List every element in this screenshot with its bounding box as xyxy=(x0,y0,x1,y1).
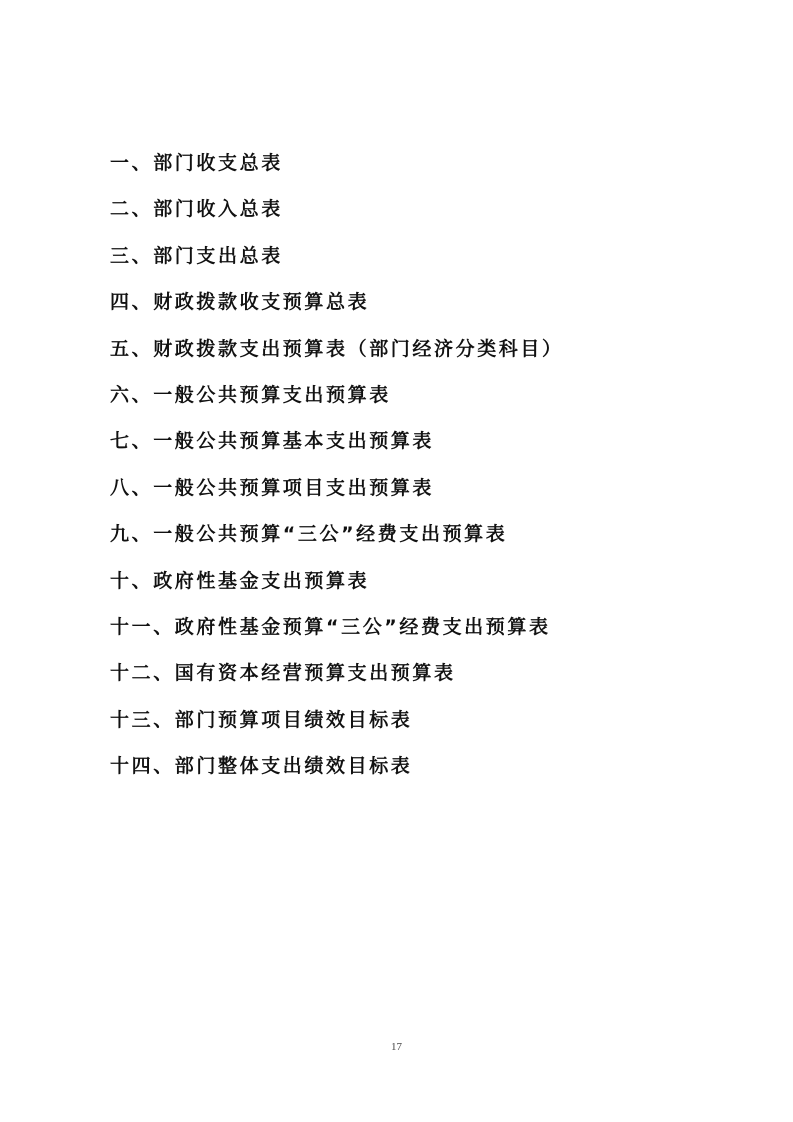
toc-item-8: 八、一般公共预算项目支出预算表 xyxy=(110,475,564,521)
toc-item-11: 十一、政府性基金预算“三公”经费支出预算表 xyxy=(110,614,564,660)
toc-item-9: 九、一般公共预算“三公”经费支出预算表 xyxy=(110,521,564,567)
table-of-contents: 一、部门收支总表 二、部门收入总表 三、部门支出总表 四、财政拨款收支预算总表 … xyxy=(110,150,564,799)
toc-item-5: 五、财政拨款支出预算表（部门经济分类科目） xyxy=(110,336,564,382)
toc-item-3: 三、部门支出总表 xyxy=(110,243,564,289)
toc-item-13: 十三、部门预算项目绩效目标表 xyxy=(110,707,564,753)
document-page: 一、部门收支总表 二、部门收入总表 三、部门支出总表 四、财政拨款收支预算总表 … xyxy=(0,0,793,1122)
toc-item-1: 一、部门收支总表 xyxy=(110,150,564,196)
toc-item-2: 二、部门收入总表 xyxy=(110,196,564,242)
toc-item-6: 六、一般公共预算支出预算表 xyxy=(110,382,564,428)
toc-item-7: 七、一般公共预算基本支出预算表 xyxy=(110,428,564,474)
toc-item-10: 十、政府性基金支出预算表 xyxy=(110,568,564,614)
page-number: 17 xyxy=(0,1041,793,1053)
toc-item-4: 四、财政拨款收支预算总表 xyxy=(110,289,564,335)
toc-item-14: 十四、部门整体支出绩效目标表 xyxy=(110,753,564,799)
toc-item-12: 十二、国有资本经营预算支出预算表 xyxy=(110,660,564,706)
